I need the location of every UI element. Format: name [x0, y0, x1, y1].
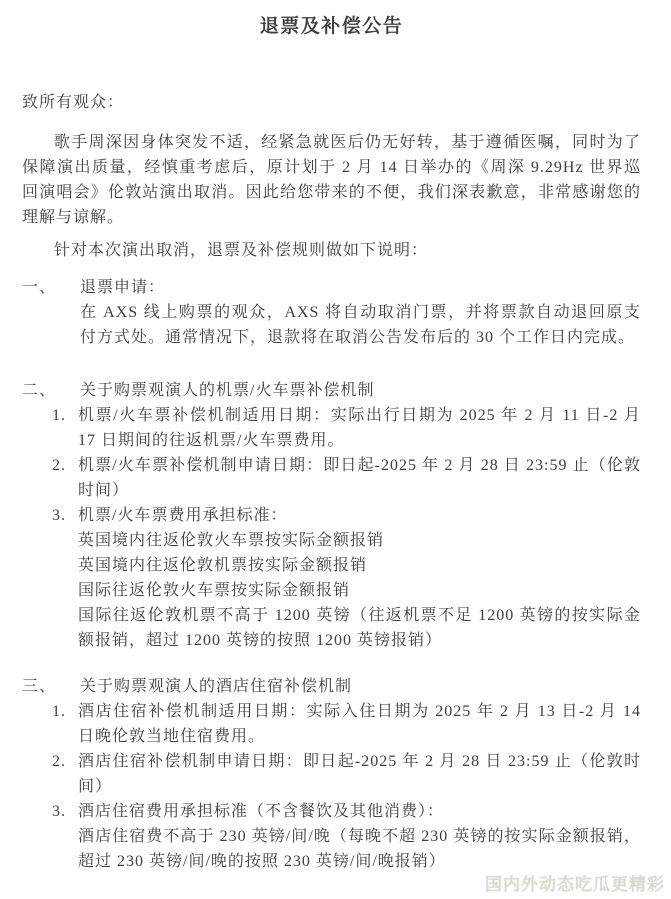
- watermark: 国内外动态吃瓜更精彩: [485, 870, 665, 895]
- reimbursement-rule: 英国境内往返伦敦机票按实际金额报销: [78, 553, 641, 578]
- item-text: 机票/火车票费用承担标准：: [78, 503, 641, 528]
- list-item: 2. 机票/火车票补偿机制申请日期：即日起-2025 年 2 月 28 日 23…: [52, 453, 641, 503]
- list-item: 1. 酒店住宿补偿机制适用日期：实际入住日期为 2025 年 2 月 13 日-…: [52, 699, 641, 749]
- section-marker: 二、: [22, 378, 80, 403]
- intro-paragraph: 歌手周深因身体突发不适，经紧急就医后仍无好转，基于遵循医嘱，同时为了保障演出质量…: [22, 130, 641, 230]
- item-number: 3.: [52, 799, 78, 824]
- item-number: 1.: [52, 699, 78, 749]
- item-number: 2.: [52, 749, 78, 799]
- section-marker: 一、: [22, 275, 80, 300]
- salutation: 致所有观众：: [22, 90, 641, 115]
- list-item: 3. 酒店住宿费用承担标准（不含餐饮及其他消费）：: [52, 799, 641, 824]
- item-text: 机票/火车票补偿机制适用日期：实际出行日期为 2025 年 2 月 11 日-2…: [78, 403, 641, 453]
- reimbursement-rule: 英国境内往返伦敦火车票按实际金额报销: [78, 528, 641, 553]
- section-heading: 退票申请：: [80, 275, 165, 300]
- rules-intro-paragraph: 针对本次演出取消，退票及补偿规则做如下说明：: [22, 238, 641, 263]
- reimbursement-rule: 国际往返伦敦火车票按实际金额报销: [78, 578, 641, 603]
- section-header: 一、 退票申请：: [22, 275, 641, 300]
- reimbursement-rule: 酒店住宿费不高于 230 英镑/间/晚（每晚不超 230 英镑的按实际金额报销，…: [78, 824, 641, 874]
- item-number: 2.: [52, 453, 78, 503]
- section-heading: 关于购票观演人的酒店住宿补偿机制: [80, 674, 352, 699]
- item-text: 酒店住宿费用承担标准（不含餐饮及其他消费）：: [78, 799, 641, 824]
- section-heading: 关于购票观演人的机票/火车票补偿机制: [80, 378, 374, 403]
- section-marker: 三、: [22, 674, 80, 699]
- item-text: 机票/火车票补偿机制申请日期：即日起-2025 年 2 月 28 日 23:59…: [78, 453, 641, 503]
- page-title: 退票及补偿公告: [22, 14, 641, 40]
- reimbursement-rule: 国际往返伦敦机票不高于 1200 英镑（往返机票不足 1200 英镑的按实际金额…: [78, 603, 641, 653]
- section-body: 在 AXS 线上购票的观众，AXS 将自动取消门票，并将票款自动退回原支付方式处…: [80, 300, 641, 350]
- item-text: 酒店住宿补偿机制申请日期：即日起-2025 年 2 月 28 日 23:59 止…: [78, 749, 641, 799]
- section-header: 三、 关于购票观演人的酒店住宿补偿机制: [22, 674, 641, 699]
- item-text: 酒店住宿补偿机制适用日期：实际入住日期为 2025 年 2 月 13 日-2 月…: [78, 699, 641, 749]
- list-item: 1. 机票/火车票补偿机制适用日期：实际出行日期为 2025 年 2 月 11 …: [52, 403, 641, 453]
- announcement-document: 退票及补偿公告 致所有观众： 歌手周深因身体突发不适，经紧急就医后仍无好转，基于…: [0, 0, 671, 874]
- section-transport-compensation: 二、 关于购票观演人的机票/火车票补偿机制 1. 机票/火车票补偿机制适用日期：…: [22, 378, 641, 653]
- section-refund-application: 一、 退票申请： 在 AXS 线上购票的观众，AXS 将自动取消门票，并将票款自…: [22, 275, 641, 350]
- list-item: 3. 机票/火车票费用承担标准：: [52, 503, 641, 528]
- section-hotel-compensation: 三、 关于购票观演人的酒店住宿补偿机制 1. 酒店住宿补偿机制适用日期：实际入住…: [22, 674, 641, 874]
- item-number: 3.: [52, 503, 78, 528]
- list-item: 2. 酒店住宿补偿机制申请日期：即日起-2025 年 2 月 28 日 23:5…: [52, 749, 641, 799]
- section-header: 二、 关于购票观演人的机票/火车票补偿机制: [22, 378, 641, 403]
- item-number: 1.: [52, 403, 78, 453]
